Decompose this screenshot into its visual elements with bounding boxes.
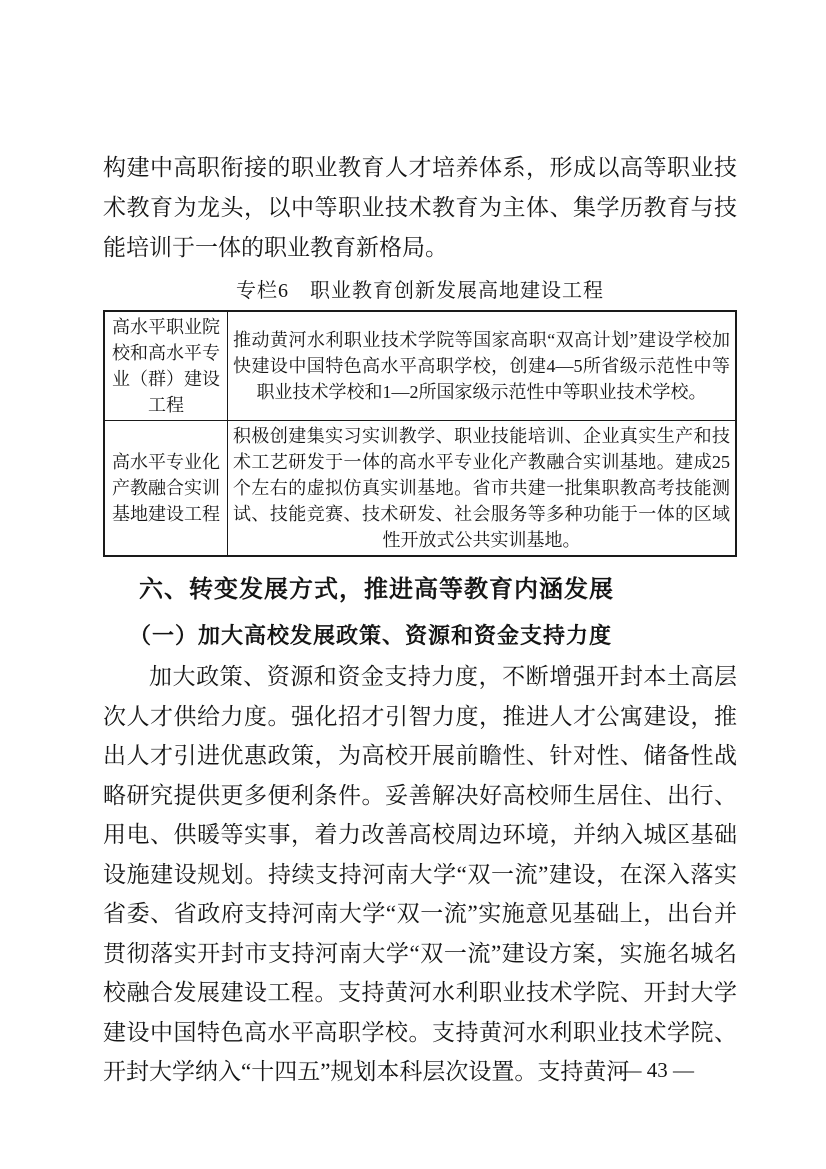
- body-paragraph: 加大政策、资源和资金支持力度，不断增强开封本土高层次人才供给力度。强化招才引智力…: [103, 657, 737, 1092]
- feature-box-table-body: 高水平职业院校和高水平专业（群）建设工程 推动黄河水利职业技术学院等国家高职“双…: [104, 311, 736, 556]
- feature-box-row-1-content: 推动黄河水利职业技术学院等国家高职“双高计划”建设学校加快建设中国特色高水平高职…: [228, 311, 737, 421]
- feature-box-title: 专栏6 职业教育创新发展高地建设工程: [103, 276, 737, 306]
- feature-box-row-1-label: 高水平职业院校和高水平专业（群）建设工程: [104, 311, 228, 421]
- page-content: 构建中高职衔接的职业教育人才培养体系，形成以高等职业技术教育为龙头，以中等职业技…: [103, 148, 737, 1092]
- feature-box-row-2: 高水平专业化产教融合实训基地建设工程 积极创建集实习实训教学、职业技能培训、企业…: [104, 421, 736, 557]
- section-heading: 六、转变发展方式，推进高等教育内涵发展: [139, 571, 737, 609]
- page-number: — 43 —: [621, 1056, 695, 1084]
- document-page: 构建中高职衔接的职业教育人才培养体系，形成以高等职业技术教育为龙头，以中等职业技…: [0, 0, 826, 1169]
- feature-box-table: 高水平职业院校和高水平专业（群）建设工程 推动黄河水利职业技术学院等国家高职“双…: [103, 310, 737, 557]
- feature-box-row-2-content: 积极创建集实习实训教学、职业技能培训、企业真实生产和技术工艺研发于一体的高水平专…: [228, 421, 737, 557]
- intro-paragraph: 构建中高职衔接的职业教育人才培养体系，形成以高等职业技术教育为龙头，以中等职业技…: [103, 148, 737, 268]
- feature-box-row-1: 高水平职业院校和高水平专业（群）建设工程 推动黄河水利职业技术学院等国家高职“双…: [104, 311, 736, 421]
- subsection-heading: （一）加大高校发展政策、资源和资金支持力度: [129, 617, 737, 655]
- feature-box-row-2-label: 高水平专业化产教融合实训基地建设工程: [104, 421, 228, 557]
